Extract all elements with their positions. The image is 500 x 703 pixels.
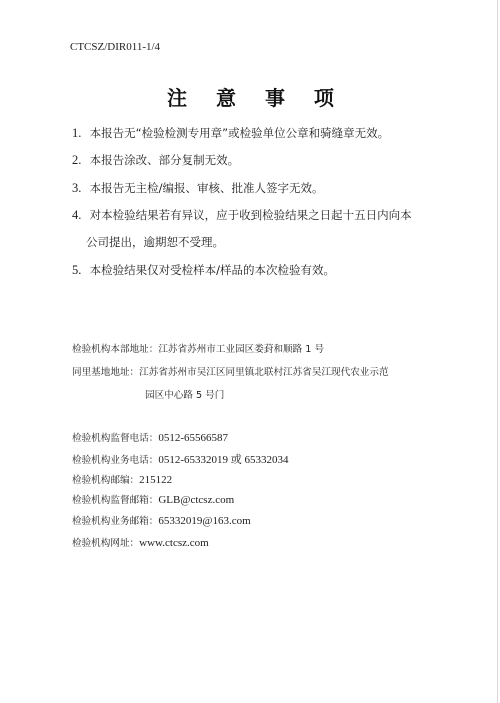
notice-text: 本报告无主检/编报、审核、批准人签字无效。 <box>90 181 324 195</box>
notice-item-5: 5. 本检验结果仅对受检样本/样品的本次检验有效。 <box>72 262 335 278</box>
document-page: CTCSZ/DIR011-1/4 注 意 事 项 1. 本报告无“检验检测专用章… <box>0 0 498 703</box>
contact-postcode: 检验机构邮编：215122 <box>72 472 172 486</box>
document-code: CTCSZ/DIR011-1/4 <box>70 41 160 53</box>
contact-supervision-email: 检验机构监督邮箱：GLB@ctcsz.com <box>72 492 234 506</box>
notice-number: 5. <box>72 263 86 278</box>
tongli-address-value: 江苏省苏州市吴江区同里镇北联村江苏省吴江现代农业示范 <box>139 367 388 378</box>
notice-text: 本检验结果仅对受检样本/样品的本次检验有效。 <box>90 263 335 277</box>
contact-label: 检验机构邮编： <box>72 475 139 486</box>
contact-value: 215122 <box>139 474 172 486</box>
notice-item-1: 1. 本报告无“检验检测专用章”或检验单位公章和骑缝章无效。 <box>72 125 389 141</box>
hq-address-label: 检验机构本部地址： <box>72 344 158 355</box>
hq-address: 检验机构本部地址：江苏省苏州市工业园区娄葑和顺路 1 号 <box>72 341 324 355</box>
contact-label: 检验机构业务邮箱： <box>72 516 158 527</box>
notice-item-3: 3. 本报告无主检/编报、审核、批准人签字无效。 <box>72 180 324 196</box>
contact-value: GLB@ctcsz.com <box>158 494 234 506</box>
notice-item-4-continuation: 公司提出，逾期恕不受理。 <box>86 234 224 250</box>
page-title: 注 意 事 项 <box>0 82 500 111</box>
contact-value: 65332019@163.com <box>158 515 250 527</box>
contact-business-email: 检验机构业务邮箱：65332019@163.com <box>72 513 251 527</box>
notice-text: 对本检验结果若有异议，应于收到检验结果之日起十五日内向本 <box>90 208 412 222</box>
notice-item-2: 2. 本报告涂改、部分复制无效。 <box>72 152 239 168</box>
contact-label: 检验机构监督电话： <box>72 433 158 444</box>
notice-text: 本报告涂改、部分复制无效。 <box>90 153 240 167</box>
contact-supervision-phone: 检验机构监督电话：0512-65566587 <box>72 430 228 444</box>
contact-value: www.ctcsz.com <box>139 537 209 549</box>
contact-label: 检验机构监督邮箱： <box>72 495 158 506</box>
notice-text: 公司提出，逾期恕不受理。 <box>86 235 224 249</box>
notice-number: 2. <box>72 153 86 168</box>
contact-label: 检验机构业务电话： <box>72 455 158 466</box>
tongli-address-value-cont: 园区中心路 5 号门 <box>145 390 224 401</box>
notice-number: 4. <box>72 208 86 223</box>
hq-address-value: 江苏省苏州市工业园区娄葑和顺路 1 号 <box>158 344 324 355</box>
notice-text: 本报告无“检验检测专用章”或检验单位公章和骑缝章无效。 <box>90 126 389 140</box>
contact-label: 检验机构网址： <box>72 538 139 549</box>
notice-number: 1. <box>72 126 86 141</box>
tongli-address-label: 同里基地地址： <box>72 367 139 378</box>
contact-website: 检验机构网址：www.ctcsz.com <box>72 535 209 549</box>
tongli-address-continuation: 园区中心路 5 号门 <box>145 387 224 401</box>
contact-business-phone: 检验机构业务电话：0512-65332019 或 65332034 <box>72 451 289 467</box>
contact-value: 0512-65332019 或 65332034 <box>158 454 288 466</box>
tongli-address: 同里基地地址：江苏省苏州市吴江区同里镇北联村江苏省吴江现代农业示范 <box>72 364 389 378</box>
notice-item-4: 4. 对本检验结果若有异议，应于收到检验结果之日起十五日内向本 <box>72 207 412 223</box>
contact-value: 0512-65566587 <box>158 432 228 444</box>
notice-number: 3. <box>72 181 86 196</box>
